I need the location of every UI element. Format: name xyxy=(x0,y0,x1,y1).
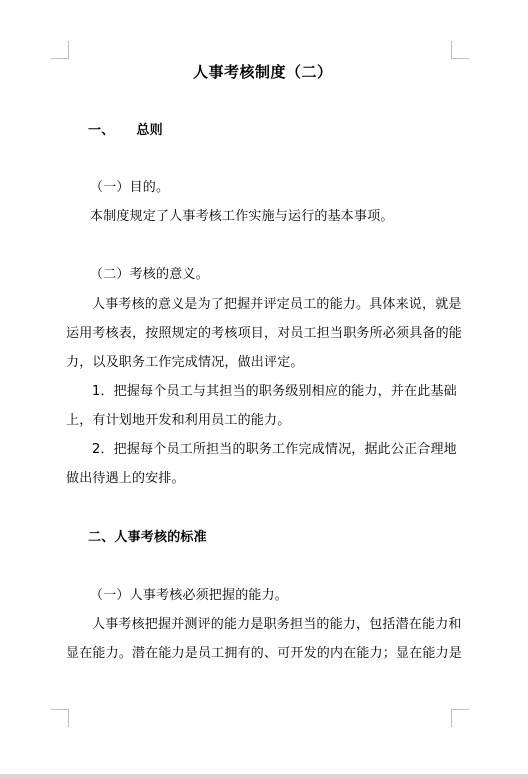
list-item-1-line: 上，有计划地开发和利用员工的能力。 xyxy=(66,413,290,429)
section-title: 总则 xyxy=(136,123,162,138)
paragraph-line: 显在能力。潜在能力是员工拥有的、可开发的内在能力；显在能力是 xyxy=(66,646,455,662)
crop-mark-top-left-icon xyxy=(51,41,69,59)
crop-mark-bottom-right-icon xyxy=(451,709,469,727)
section-number: 一、 xyxy=(88,123,114,138)
section-title: 人事考核的标准 xyxy=(114,530,206,545)
crop-mark-top-right-icon xyxy=(451,41,469,59)
document-page: 人事考核制度（二） 一、总则 （一）目的。 本制度规定了人事考核工作实施与运行的… xyxy=(0,0,528,774)
subsection-heading-significance: （二）考核的意义。 xyxy=(90,267,209,283)
document-title: 人事考核制度（二） xyxy=(193,64,333,80)
paragraph-line: 本制度规定了人事考核工作实施与运行的基本事项。 xyxy=(90,209,394,225)
crop-mark-bottom-left-icon xyxy=(51,709,69,727)
section-heading-general: 一、总则 xyxy=(88,123,163,139)
section-number: 二、 xyxy=(88,530,114,545)
paragraph-line: 人事考核的意义是为了把握并评定员工的能力。具体来说，就是 xyxy=(92,297,455,313)
paragraph-line: 力，以及职务工作完成情况，做出评定。 xyxy=(66,355,304,371)
subsection-heading-abilities: （一）人事考核必须把握的能力。 xyxy=(90,588,288,604)
paragraph-line: 运用考核表，按照规定的考核项目，对员工担当职务所必须具备的能 xyxy=(66,326,455,342)
subsection-heading-purpose: （一）目的。 xyxy=(90,180,169,196)
list-item-1-line: 1．把握每个员工与其担当的职务级别相应的能力，并在此基础 xyxy=(92,384,455,400)
list-item-2-line: 做出待遇上的安排。 xyxy=(66,471,185,487)
section-heading-standards: 二、人事考核的标准 xyxy=(88,530,207,546)
paragraph-line: 人事考核把握并测评的能力是职务担当的能力，包括潜在能力和 xyxy=(92,617,455,633)
list-item-2-line: 2．把握每个员工所担当的职务工作完成情况，据此公正合理地 xyxy=(92,442,455,458)
